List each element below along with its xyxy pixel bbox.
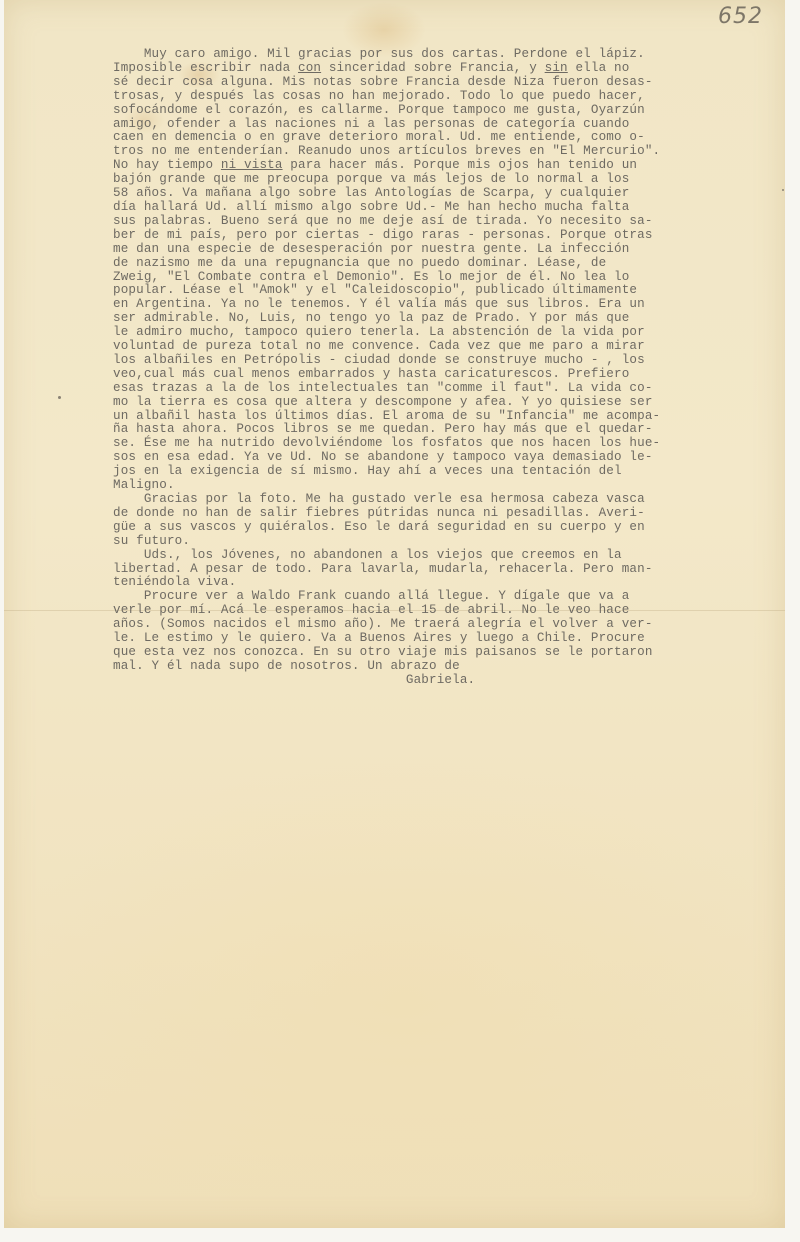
letter-line: sé decir cosa alguna. Mis notas sobre Fr…	[113, 76, 660, 90]
letter-line: caen en demencia o en grave deterioro mo…	[113, 131, 660, 145]
handwritten-page-number: 652	[718, 4, 763, 29]
letter-line: años. (Somos nacidos el mismo año). Me t…	[113, 618, 660, 632]
letter-line: mal. Y él nada supo de nosotros. Un abra…	[113, 660, 660, 674]
letter-line: le admiro mucho, tampoco quiero tenerla.…	[113, 326, 660, 340]
letter-line: me dan una especie de desesperación por …	[113, 243, 660, 257]
letter-line: bajón grande que me preocupa porque va m…	[113, 173, 660, 187]
letter-line: güe a sus vascos y quiéralos. Eso le dar…	[113, 521, 660, 535]
letter-line: Zweig, "El Combate contra el Demonio". E…	[113, 271, 660, 285]
letter-line: mo la tierra es cosa que altera y descom…	[113, 396, 660, 410]
letter-line: Muy caro amigo. Mil gracias por sus dos …	[113, 48, 660, 62]
letter-line: que esta vez nos conozca. En su otro via…	[113, 646, 660, 660]
letter-line: los albañiles en Petrópolis - ciudad don…	[113, 354, 660, 368]
letter-line: ber de mi país, pero por ciertas - digo …	[113, 229, 660, 243]
underlined-text: sin	[545, 61, 568, 75]
typewritten-letter-body: Muy caro amigo. Mil gracias por sus dos …	[113, 48, 660, 688]
letter-line: sofocándome el corazón, es callarme. Por…	[113, 104, 660, 118]
letter-line: de donde no han de salir fiebres pútrida…	[113, 507, 660, 521]
letter-line: su futuro.	[113, 535, 660, 549]
letter-line: Uds., los Jóvenes, no abandonen a los vi…	[113, 549, 660, 563]
letter-line: 58 años. Va mañana algo sobre las Antolo…	[113, 187, 660, 201]
letter-line: ser admirable. No, Luis, no tengo yo la …	[113, 312, 660, 326]
letter-line: Gracias por la foto. Me ha gustado verle…	[113, 493, 660, 507]
letter-line: Maligno.	[113, 479, 660, 493]
letter-line: le. Le estimo y le quiero. Va a Buenos A…	[113, 632, 660, 646]
letter-line: sus palabras. Bueno será que no me deje …	[113, 215, 660, 229]
letter-line: sos en esa edad. Ya ve Ud. No se abandon…	[113, 451, 660, 465]
letter-line: libertad. A pesar de todo. Para lavarla,…	[113, 563, 660, 577]
letter-line: voluntad de pureza total no me convence.…	[113, 340, 660, 354]
signature: Gabriela.	[113, 674, 660, 688]
letter-line: amigo, ofender a las naciones ni a las p…	[113, 118, 660, 132]
letter-line: No hay tiempo ni vista para hacer más. P…	[113, 159, 660, 173]
letter-line: Imposible escribir nada con sinceridad s…	[113, 62, 660, 76]
letter-line: jos en la exigencia de sí mismo. Hay ahí…	[113, 465, 660, 479]
underlined-text: con	[298, 61, 321, 75]
underlined-text: ni vista	[221, 158, 283, 172]
letter-line: en Argentina. Ya no le tenemos. Y él val…	[113, 298, 660, 312]
ink-speck	[58, 396, 61, 399]
letter-line: tros no me entenderían. Reanudo unos art…	[113, 145, 660, 159]
letter-line: teniéndola viva.	[113, 576, 660, 590]
letter-line: un albañil hasta los últimos días. El ar…	[113, 410, 660, 424]
letter-line: veo,cual más cual menos embarrados y has…	[113, 368, 660, 382]
letter-line: de nazismo me da una repugnancia que no …	[113, 257, 660, 271]
letter-line: trosas, y después las cosas no han mejor…	[113, 90, 660, 104]
letter-line: Procure ver a Waldo Frank cuando allá ll…	[113, 590, 660, 604]
letter-line: popular. Léase el "Amok" y el "Caleidosc…	[113, 284, 660, 298]
letter-line: esas trazas a la de los intelectuales ta…	[113, 382, 660, 396]
letter-line: día hallará Ud. allí mismo algo sobre Ud…	[113, 201, 660, 215]
letter-line: se. Ése me ha nutrido devolviéndome los …	[113, 437, 660, 451]
ink-speck	[782, 189, 784, 191]
letter-line: verle por mí. Acá le esperamos hacia el …	[113, 604, 660, 618]
